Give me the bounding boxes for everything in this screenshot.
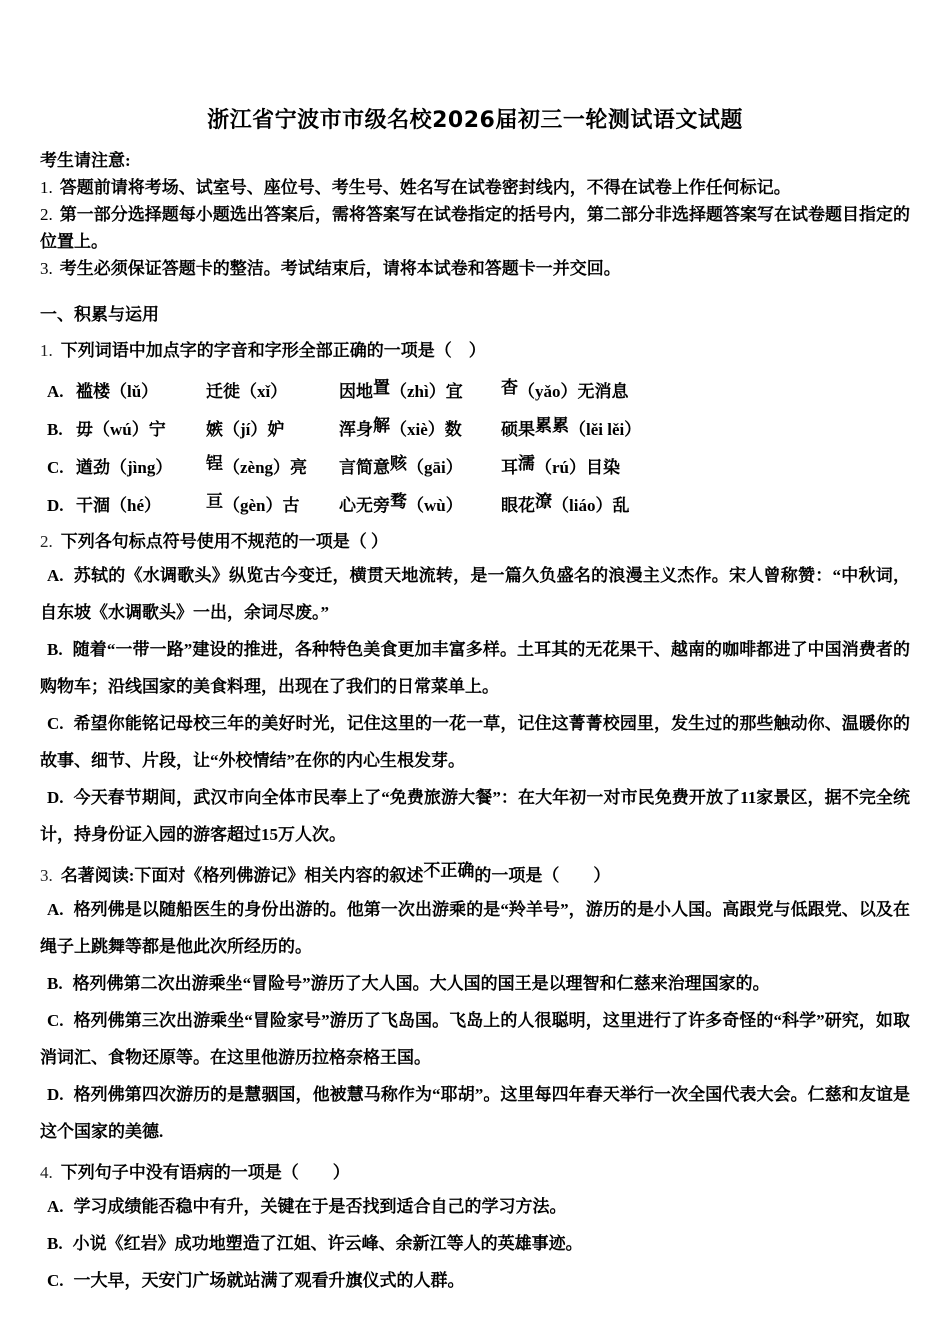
option-text: 学习成绩能否稳中有升，关键在于是否找到适合自己的学习方法。 <box>74 1197 567 1216</box>
option-label: C. <box>47 458 76 478</box>
question: 1.下列词语中加点字的字音和字形全部正确的一项是（ ）A.褴楼（lǔ）迁徙（xǐ… <box>40 338 910 516</box>
option-label: A. <box>47 900 64 919</box>
word-cell: 亘（gèn）古 <box>206 491 339 516</box>
word-cell: 心无旁骛（wù） <box>339 491 501 516</box>
option-label: D. <box>47 788 64 807</box>
notice-item-text: 第一部分选择题每小题选出答案后，需将答案写在试卷指定的括号内，第二部分非选择题答… <box>40 205 910 251</box>
question: 4.下列句子中没有语病的一项是（ ）A.学习成绩能否稳中有升，关键在于是否找到适… <box>40 1160 910 1299</box>
option-label: C. <box>47 1271 64 1290</box>
word-cell: 遒劲（jìng） <box>76 453 206 478</box>
option-label: C. <box>47 714 64 733</box>
option-text: 格列佛第二次出游乘坐“冒险号”游历了大人国。大人国的国王是以理智和仁慈来治理国家… <box>73 974 770 993</box>
option-label: A. <box>47 566 64 585</box>
option-label: B. <box>47 974 63 993</box>
stem-text: 下列词语中加点字的字音和字形全部正确的一项是（ ） <box>61 341 486 360</box>
option-text: 今天春节期间，武汉市向全体市民奉上了“免费旅游大餐”：在大年初一对市民免费开放了… <box>40 788 910 844</box>
dotted-character: 亘 <box>206 492 223 511</box>
option-text: 格列佛第三次出游乘坐“冒险家号”游历了飞岛国。飞岛上的人很聪明，这里进行了许多奇… <box>40 1011 910 1067</box>
word-cell: 嫉（jí）妒 <box>206 415 339 440</box>
notice-item: 2.第一部分选择题每小题选出答案后，需将答案写在试卷指定的括号内，第二部分非选择… <box>40 201 910 255</box>
option-label: B. <box>47 1234 63 1253</box>
notice-items: 1.答题前请将考场、试室号、座位号、考生号、姓名写在试卷密封线内，不得在试卷上作… <box>40 174 910 282</box>
exam-document: 浙江省宁波市市级名校2026届初三一轮测试语文试题 考生请注意: 1.答题前请将… <box>0 0 950 1344</box>
section-heading: 一、积累与运用 <box>40 301 910 328</box>
option-text: 随着“一带一路”建设的推进，各种特色美食更加丰富多样。土耳其的无花果干、越南的咖… <box>40 640 910 696</box>
option-text: 格列佛是以随船医生的身份出游的。他第一次出游乘的是“羚羊号”，游历的是小人国。高… <box>40 900 910 956</box>
word-option-row: D.干涸（hé）亘（gèn）古心无旁骛（wù）眼花潦（liáo）乱 <box>40 491 910 516</box>
notice-item-number: 3. <box>40 259 53 278</box>
notice-item: 1.答题前请将考场、试室号、座位号、考生号、姓名写在试卷密封线内，不得在试卷上作… <box>40 174 910 201</box>
question-number: 4. <box>40 1163 53 1182</box>
question-stem: 4.下列句子中没有语病的一项是（ ） <box>40 1160 910 1186</box>
option-paragraph: C.格列佛第三次出游乘坐“冒险家号”游历了飞岛国。飞岛上的人很聪明，这里进行了许… <box>40 1002 910 1076</box>
stem-text: 的一项是（ ） <box>474 866 610 885</box>
notice-section: 考生请注意: 1.答题前请将考场、试室号、座位号、考生号、姓名写在试卷密封线内，… <box>40 148 910 282</box>
word-cell: 迁徙（xǐ） <box>206 377 339 402</box>
option-text: 小说《红岩》成功地塑造了江姐、许云峰、余新江等人的英雄事迹。 <box>73 1234 583 1253</box>
option-paragraph: D.今天春节期间，武汉市向全体市民奉上了“免费旅游大餐”：在大年初一对市民免费开… <box>40 779 910 853</box>
notice-item-text: 答题前请将考场、试室号、座位号、考生号、姓名写在试卷密封线内，不得在试卷上作任何… <box>60 178 791 197</box>
word-option-row: A.褴楼（lǔ）迁徙（xǐ）因地置（zhì）宜杳（yǎo）无消息 <box>40 377 910 402</box>
option-paragraph: A.格列佛是以随船医生的身份出游的。他第一次出游乘的是“羚羊号”，游历的是小人国… <box>40 891 910 965</box>
word-cell: 锃（zèng）亮 <box>206 453 339 478</box>
dotted-character: 累累 <box>535 416 569 435</box>
word-cell: 干涸（hé） <box>76 491 206 516</box>
option-paragraph: B.格列佛第二次出游乘坐“冒险号”游历了大人国。大人国的国王是以理智和仁慈来治理… <box>40 965 910 1002</box>
word-cell: 浑身解（xiè）数 <box>339 415 501 440</box>
option-paragraph: D.格列佛第四次游历的是慧骃国，他被慧马称作为“耶胡”。这里每四年春天举行一次全… <box>40 1076 910 1150</box>
stem-text: 名著阅读:下面对《格列佛游记》相关内容的叙述 <box>61 866 424 885</box>
question-stem: 3.名著阅读:下面对《格列佛游记》相关内容的叙述不正确的一项是（ ） <box>40 863 910 889</box>
word-cell: 硕果累累（lěi lěi） <box>501 415 910 440</box>
stem-text: 下列各句标点符号使用不规范的一项是（ ） <box>61 532 388 551</box>
question-stem: 1.下列词语中加点字的字音和字形全部正确的一项是（ ） <box>40 338 910 364</box>
option-text: 希望你能铭记母校三年的美好时光，记住这里的一花一草，记住这菁菁校园里，发生过的那… <box>40 714 910 770</box>
dotted-character: 置 <box>373 378 390 397</box>
notice-item-number: 1. <box>40 178 53 197</box>
dotted-character: 杳 <box>501 378 518 397</box>
dotted-character: 濡 <box>518 454 535 473</box>
option-paragraph: C.希望你能铭记母校三年的美好时光，记住这里的一花一草，记住这菁菁校园里，发生过… <box>40 705 910 779</box>
question-stem: 2.下列各句标点符号使用不规范的一项是（ ） <box>40 529 910 555</box>
question: 2.下列各句标点符号使用不规范的一项是（ ）A.苏轼的《水调歌头》纵览古今变迁，… <box>40 529 910 853</box>
option-paragraph: A.苏轼的《水调歌头》纵览古今变迁，横贯天地流转，是一篇久负盛名的浪漫主义杰作。… <box>40 557 910 631</box>
dotted-character: 赅 <box>390 454 407 473</box>
option-label: B. <box>47 420 76 440</box>
word-cell: 因地置（zhì）宜 <box>339 377 501 402</box>
question-number: 3. <box>40 866 53 885</box>
option-text: 苏轼的《水调歌头》纵览古今变迁，横贯天地流转，是一篇久负盛名的浪漫主义杰作。宋人… <box>40 566 910 622</box>
question-number: 2. <box>40 532 53 551</box>
page-title: 浙江省宁波市市级名校2026届初三一轮测试语文试题 <box>40 106 910 136</box>
option-paragraph: B.随着“一带一路”建设的推进，各种特色美食更加丰富多样。土耳其的无花果干、越南… <box>40 631 910 705</box>
question-list: 1.下列词语中加点字的字音和字形全部正确的一项是（ ）A.褴楼（lǔ）迁徙（xǐ… <box>40 338 910 1299</box>
notice-item-text: 考生必须保证答题卡的整洁。考试结束后，请将本试卷和答题卡一并交回。 <box>60 259 621 278</box>
word-cell: 褴楼（lǔ） <box>76 377 206 402</box>
word-option-row: B.毋（wú）宁嫉（jí）妒浑身解（xiè）数硕果累累（lěi lěi） <box>40 415 910 440</box>
option-label: B. <box>47 640 63 659</box>
word-option-row: C.遒劲（jìng）锃（zèng）亮言简意赅（gāi）耳濡（rú）目染 <box>40 453 910 478</box>
option-label: C. <box>47 1011 64 1030</box>
dotted-character: 潦 <box>535 492 552 511</box>
option-label: D. <box>47 496 76 516</box>
option-label: A. <box>47 1197 64 1216</box>
word-cell: 言简意赅（gāi） <box>339 453 501 478</box>
word-cell: 眼花潦（liáo）乱 <box>501 491 910 516</box>
option-label: A. <box>47 382 76 402</box>
option-paragraph: A.学习成绩能否稳中有升，关键在于是否找到适合自己的学习方法。 <box>40 1188 910 1225</box>
notice-heading: 考生请注意: <box>40 148 910 174</box>
option-paragraph: B.小说《红岩》成功地塑造了江姐、许云峰、余新江等人的英雄事迹。 <box>40 1225 910 1262</box>
option-label: D. <box>47 1085 64 1104</box>
option-text: 格列佛第四次游历的是慧骃国，他被慧马称作为“耶胡”。这里每四年春天举行一次全国代… <box>40 1085 910 1141</box>
stem-text: 不正确 <box>423 861 474 880</box>
dotted-character: 骛 <box>390 492 407 511</box>
notice-item: 3.考生必须保证答题卡的整洁。考试结束后，请将本试卷和答题卡一并交回。 <box>40 255 910 282</box>
option-paragraph: C.一大早，天安门广场就站满了观看升旗仪式的人群。 <box>40 1262 910 1299</box>
word-cell: 毋（wú）宁 <box>76 415 206 440</box>
notice-item-number: 2. <box>40 205 53 224</box>
stem-text: 下列句子中没有语病的一项是（ ） <box>61 1163 350 1182</box>
dotted-character: 锃 <box>206 454 223 473</box>
word-cell: 耳濡（rú）目染 <box>501 453 910 478</box>
question-number: 1. <box>40 341 53 360</box>
question: 3.名著阅读:下面对《格列佛游记》相关内容的叙述不正确的一项是（ ）A.格列佛是… <box>40 863 910 1150</box>
dotted-character: 解 <box>373 416 390 435</box>
word-cell: 杳（yǎo）无消息 <box>501 377 910 402</box>
option-text: 一大早，天安门广场就站满了观看升旗仪式的人群。 <box>74 1271 465 1290</box>
